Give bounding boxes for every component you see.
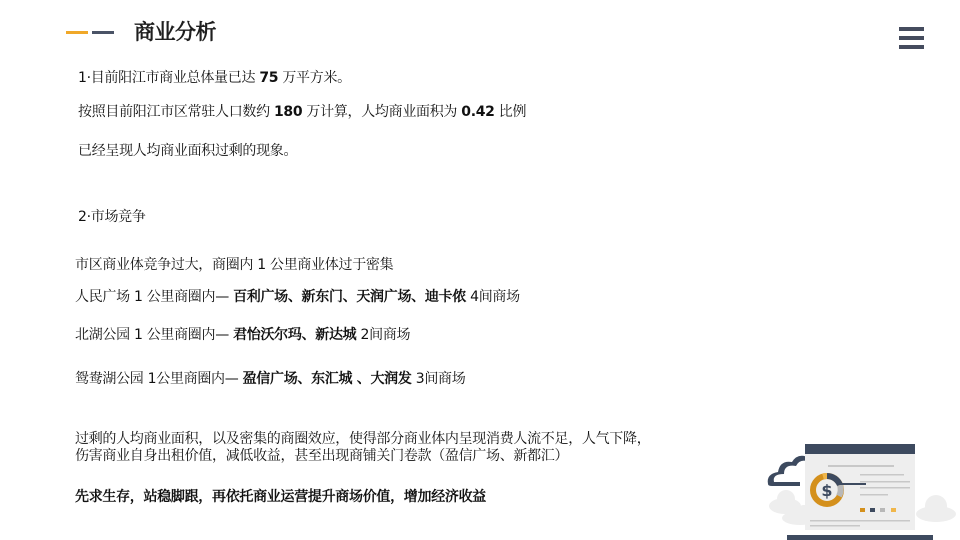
text: 1·目前阳江市商业总体量已达 bbox=[78, 70, 259, 86]
surplus-line: 已经呈现人均商业面积过剩的现象。 bbox=[78, 142, 297, 160]
text: 4间商场 bbox=[466, 289, 520, 305]
competition-intro: 市区商业体竞争过大，商圈内 1 公里商业体过于密集 bbox=[75, 256, 393, 274]
text: 万计算，人均商业面积为 bbox=[302, 104, 461, 120]
area-line-yuanyang: 鸳鸯湖公园 1公里商圈内— 盈信广场、东汇城 、大润发 3间商场 bbox=[75, 370, 465, 388]
mall-list: 盈信广场、东汇城 、大润发 bbox=[243, 371, 412, 387]
ratio-value: 0.42 bbox=[461, 104, 494, 120]
title-decoration-orange bbox=[66, 31, 88, 34]
text: 北湖公园 1 公里商圈内— bbox=[75, 327, 233, 343]
section1-heading: 1·目前阳江市商业总体量已达 75 万平方米。 bbox=[78, 69, 351, 87]
menu-bar bbox=[899, 45, 924, 49]
conclusion-line-2: 伤害商业自身出租价值，减低收益，甚至出现商铺关门卷款（盈信广场、新都汇） bbox=[75, 447, 568, 465]
conclusion-line-1: 过剩的人均商业面积，以及密集的商圈效应，使得部分商业体内呈现消费人流不足，人气下… bbox=[75, 430, 650, 448]
population-value: 180 bbox=[274, 104, 302, 120]
strategy-statement: 先求生存，站稳脚跟，再依托商业运营提升商场价值，增加经济收益 bbox=[75, 488, 486, 506]
finance-report-illustration: $ bbox=[760, 436, 960, 540]
text: 2间商场 bbox=[356, 327, 410, 343]
title-decoration-navy bbox=[92, 31, 114, 34]
menu-bar bbox=[899, 27, 924, 31]
total-area-value: 75 bbox=[259, 70, 278, 86]
mall-list: 百利广场、新东门、天润广场、迪卡侬 bbox=[233, 289, 466, 305]
menu-bar bbox=[899, 36, 924, 40]
area-line-beihu: 北湖公园 1 公里商圈内— 君怡沃尔玛、新达城 2间商场 bbox=[75, 326, 410, 344]
population-line: 按照目前阳江市区常驻人口数约 180 万计算，人均商业面积为 0.42 比例 bbox=[78, 103, 526, 121]
text: 万平方米。 bbox=[278, 70, 351, 86]
hamburger-menu-icon[interactable] bbox=[899, 27, 925, 49]
area-line-renmin: 人民广场 1 公里商圈内— 百利广场、新东门、天润广场、迪卡侬 4间商场 bbox=[75, 288, 520, 306]
mall-list: 君怡沃尔玛、新达城 bbox=[233, 327, 356, 343]
section2-heading: 2·市场竞争 bbox=[78, 208, 146, 226]
text: 比例 bbox=[495, 104, 527, 120]
text: 鸳鸯湖公园 1公里商圈内— bbox=[75, 371, 243, 387]
text: 人民广场 1 公里商圈内— bbox=[75, 289, 233, 305]
report-illustration-icon: $ bbox=[760, 436, 960, 540]
text: 3间商场 bbox=[412, 371, 466, 387]
svg-text:$: $ bbox=[821, 481, 832, 500]
page-title: 商业分析 bbox=[134, 16, 216, 46]
text: 按照目前阳江市区常驻人口数约 bbox=[78, 104, 274, 120]
